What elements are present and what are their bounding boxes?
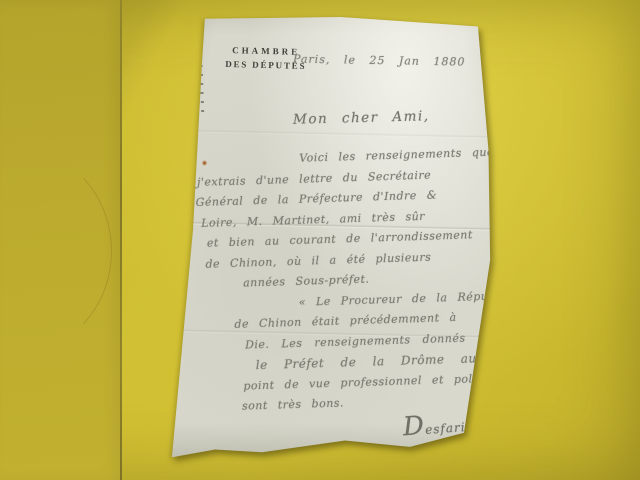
fold-crease (174, 129, 490, 140)
salutation: Mon cher Ami, (293, 108, 430, 128)
letter-paper: CHAMBRE DES DÉPUTÉS Paris, le 25 Jan 188… (160, 12, 500, 464)
letter-paper-sheet: CHAMBRE DES DÉPUTÉS Paris, le 25 Jan 188… (160, 12, 500, 464)
backdrop-seam (120, 0, 122, 480)
photo-background: CHAMBRE DES DÉPUTÉS Paris, le 25 Jan 188… (0, 0, 640, 480)
dateline: Paris, le 25 Jan 1880 (293, 52, 466, 68)
perforation-marks (199, 38, 205, 118)
signature: Desfaris (402, 408, 473, 443)
letter-body: Voici les renseignements que j'extrais d… (194, 143, 494, 419)
